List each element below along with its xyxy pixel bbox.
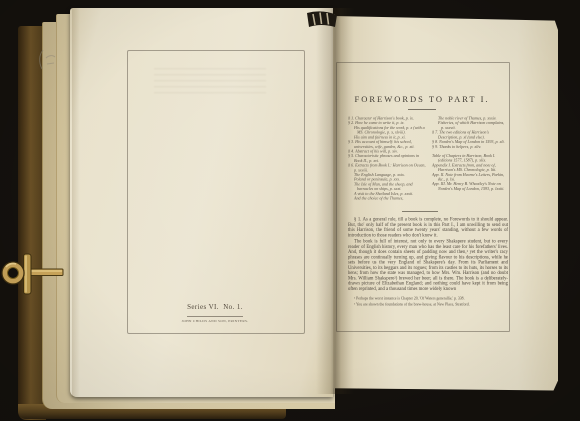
spine-headband bbox=[305, 9, 339, 31]
index-entry: § 5. Characteristic phrases and opinions… bbox=[348, 154, 427, 163]
heading-rule bbox=[408, 109, 436, 110]
body-paragraph: § 1. As a general rule, till a book is c… bbox=[348, 217, 508, 238]
index-entry: Fisheries, of which Harrison complains, … bbox=[432, 121, 508, 130]
footnote: ² You are shown the foundations of the b… bbox=[348, 302, 508, 307]
index-entry: The Isle of Man, and the sheep, and barn… bbox=[348, 182, 427, 191]
index-entry: § 3. His account of himself: his school,… bbox=[348, 140, 427, 149]
series-rule bbox=[187, 316, 243, 317]
body-paragraph: The book is full of interest, not only t… bbox=[348, 239, 508, 292]
index-entry: Table of Chapters in Harrison, Book I. (… bbox=[432, 153, 508, 162]
index-entry: § 7. The two editions of Harrison's Desc… bbox=[432, 130, 508, 139]
index-entry: His qualifications for the work, p. x (w… bbox=[348, 125, 427, 134]
index-entry: And the choice of the Thames, bbox=[348, 196, 427, 201]
index-entry: Appendix I. Extracts from, and note of, … bbox=[432, 163, 508, 172]
show-through-text-ghost bbox=[154, 68, 266, 96]
forewords-body: § 1. As a general rule, till a book is c… bbox=[348, 217, 508, 307]
forewords-heading: FOREWORDS TO PART I. bbox=[336, 94, 508, 104]
index-column-right: The noble river of Thames, p. xxxiv. Fis… bbox=[432, 116, 508, 191]
book-photograph: Series VI. No. 1. JOHN CHILDS AND SON, P… bbox=[0, 0, 580, 421]
index-entry: § 6. Extracts from Book I.: Harrison on … bbox=[348, 163, 427, 172]
index-entry: App. III. Mr. Henry B. Wheatley's Note o… bbox=[432, 182, 508, 191]
index-entry: § 9. Thanks to helpers, p. xliv. bbox=[432, 144, 508, 149]
series-number-label: Series VI. No. 1. bbox=[127, 303, 303, 311]
printer-imprint: JOHN CHILDS AND SON, PRINTERS. bbox=[127, 319, 303, 323]
index-column-left: § 1. Character of Harrison's book, p. ix… bbox=[348, 116, 427, 201]
index-entry: App. II. Note from Hearne's Letters, Par… bbox=[432, 172, 508, 181]
footnotes: ¹ Perhaps the worst instance is Chapter … bbox=[348, 296, 508, 307]
right-page: FOREWORDS TO PART I. § 1. Character of H… bbox=[333, 13, 558, 392]
footnote: ¹ Perhaps the worst instance is Chapter … bbox=[348, 296, 508, 301]
pencil-annotation bbox=[35, 46, 59, 76]
section-divider-rule bbox=[402, 211, 438, 212]
brass-clasp bbox=[0, 249, 66, 301]
left-page: Series VI. No. 1. JOHN CHILDS AND SON, P… bbox=[70, 8, 333, 397]
left-page-crease bbox=[72, 8, 80, 397]
